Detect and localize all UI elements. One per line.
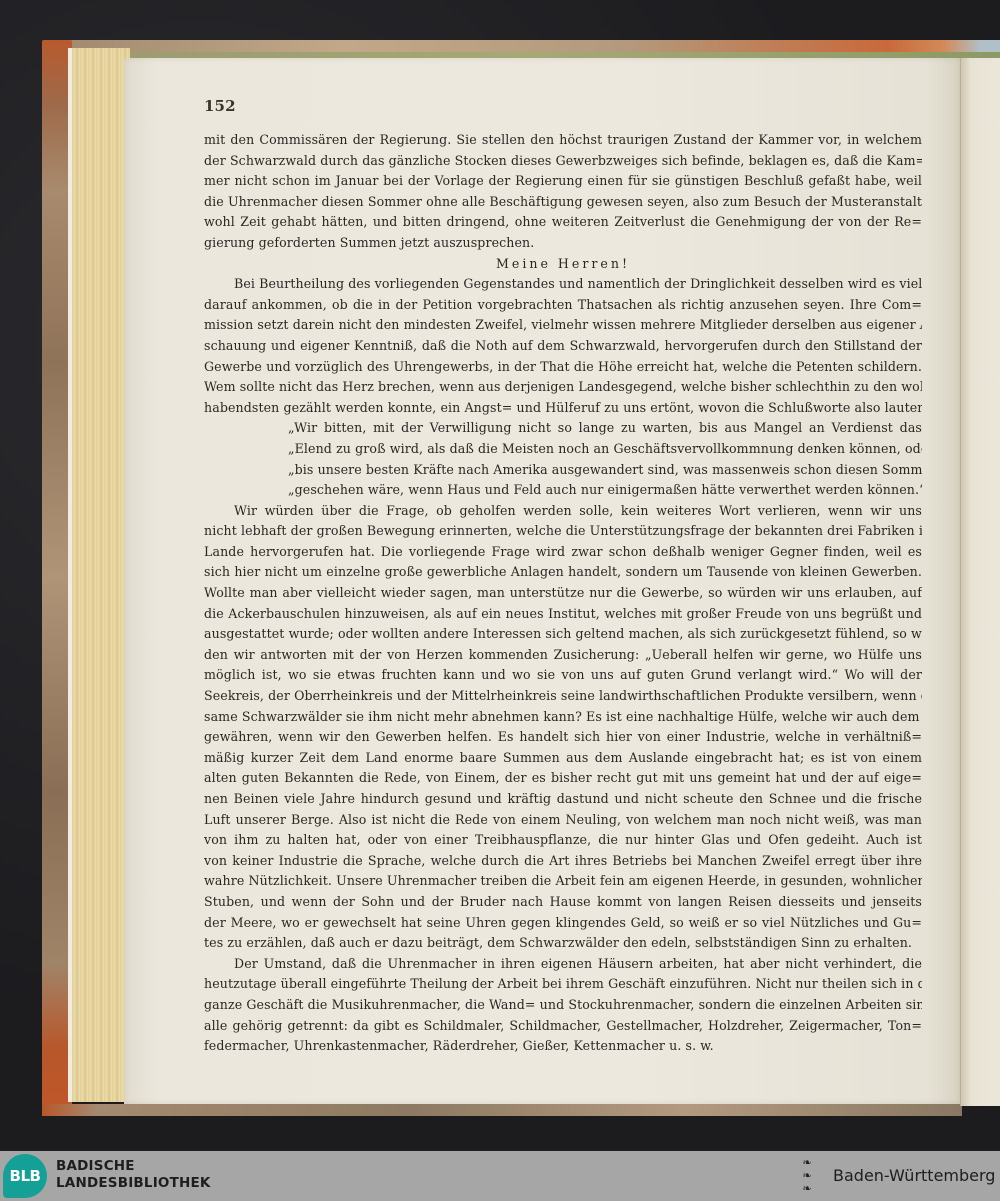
book-page-edges (68, 48, 130, 1102)
library-name[interactable]: BADISCHE LANDESBIBLIOTHEK (56, 1158, 211, 1192)
text-line: wahre Nützlichkeit. Unsere Uhrenmacher t… (204, 871, 922, 892)
text-line: „geschehen wäre, wenn Haus und Feld auch… (204, 480, 922, 501)
text-line: möglich ist, wo sie etwas fruchten kann … (204, 665, 922, 686)
text-line: habendsten gezählt werden konnte, ein An… (204, 398, 922, 419)
page-number: 152 (204, 96, 922, 120)
text-line: Meine Herren! (204, 254, 922, 275)
text-line: „bis unsere besten Kräfte nach Amerika a… (204, 460, 922, 481)
text-line: Der Umstand, daß die Uhrenmacher in ihre… (204, 954, 922, 975)
next-page-edge (960, 58, 1000, 1106)
library-name-line1: BADISCHE (56, 1158, 211, 1175)
text-line: die Ackerbauschulen hinzuweisen, als auf… (204, 604, 922, 625)
text-line: Gewerbe und vorzüglich des Uhrengewerbs,… (204, 357, 922, 378)
text-line: nen Beinen viele Jahre hindurch gesund u… (204, 789, 922, 810)
text-line: Luft unserer Berge. Also ist nicht die R… (204, 810, 922, 831)
text-line: mit den Commissären der Regierung. Sie s… (204, 130, 922, 151)
page-text: 152 mit den Commissären der Regierung. S… (204, 96, 922, 1057)
text-line: Wollte man aber vielleicht wieder sagen,… (204, 583, 922, 604)
state-name[interactable]: Baden-Württemberg (833, 1166, 995, 1185)
text-line: same Schwarzwälder sie ihm nicht mehr ab… (204, 707, 922, 728)
blb-logo-icon[interactable]: BLB (3, 1154, 47, 1198)
text-line: alle gehörig getrennt: da gibt es Schild… (204, 1016, 922, 1037)
text-line: mäßig kurzer Zeit dem Land enorme baare … (204, 748, 922, 769)
footer-bar: BLB BADISCHE LANDESBIBLIOTHEK ❧❧❧ Baden-… (0, 1151, 1000, 1201)
text-line: sich hier nicht um einzelne große gewerb… (204, 562, 922, 583)
text-line: Bei Beurtheilung des vorliegenden Gegens… (204, 274, 922, 295)
text-line: gewähren, wenn wir den Gewerben helfen. … (204, 727, 922, 748)
text-line: Stuben, und wenn der Sohn und der Bruder… (204, 892, 922, 913)
scan-viewer: 152 mit den Commissären der Regierung. S… (0, 0, 1000, 1150)
text-lines: mit den Commissären der Regierung. Sie s… (204, 130, 922, 1057)
text-line: ganze Geschäft die Musikuhrenmacher, die… (204, 995, 922, 1016)
text-line: wohl Zeit gehabt hätten, und bitten drin… (204, 212, 922, 233)
text-line: von ihm zu halten hat, oder von einer Tr… (204, 830, 922, 851)
text-line: gierung geforderten Summen jetzt auszusp… (204, 233, 922, 254)
text-line: tes zu erzählen, daß auch er dazu beiträ… (204, 933, 922, 954)
baden-wuerttemberg-lions-icon[interactable]: ❧❧❧ (790, 1156, 824, 1196)
text-line: Wir würden über die Frage, ob geholfen w… (204, 501, 922, 522)
text-line: mer nicht schon im Januar bei der Vorlag… (204, 171, 922, 192)
text-line: federmacher, Uhrenkastenmacher, Räderdre… (204, 1036, 922, 1057)
text-line: die Uhrenmacher diesen Sommer ohne alle … (204, 192, 922, 213)
text-line: „Wir bitten, mit der Verwilligung nicht … (204, 418, 922, 439)
text-line: mission setzt darein nicht den mindesten… (204, 315, 922, 336)
text-line: Wem sollte nicht das Herz brechen, wenn … (204, 377, 922, 398)
text-line: nicht lebhaft der großen Bewegung erinne… (204, 521, 922, 542)
text-line: ausgestattet wurde; oder wollten andere … (204, 624, 922, 645)
book-cover-bottom (42, 1104, 962, 1116)
text-line: schauung und eigener Kenntniß, daß die N… (204, 336, 922, 357)
text-line: der Meere, wo er gewechselt hat seine Uh… (204, 913, 922, 934)
text-line: von keiner Industrie die Sprache, welche… (204, 851, 922, 872)
text-line: alten guten Bekannten die Rede, von Eine… (204, 768, 922, 789)
text-line: Seekreis, der Oberrheinkreis und der Mit… (204, 686, 922, 707)
text-line: heutzutage überall eingeführte Theilung … (204, 974, 922, 995)
text-line: „Elend zu groß wird, als daß die Meisten… (204, 439, 922, 460)
text-line: den wir antworten mit der von Herzen kom… (204, 645, 922, 666)
text-line: darauf ankommen, ob die in der Petition … (204, 295, 922, 316)
library-name-line2: LANDESBIBLIOTHEK (56, 1175, 211, 1192)
text-line: der Schwarzwald durch das gänzliche Stoc… (204, 151, 922, 172)
text-line: Lande hervorgerufen hat. Die vorliegende… (204, 542, 922, 563)
